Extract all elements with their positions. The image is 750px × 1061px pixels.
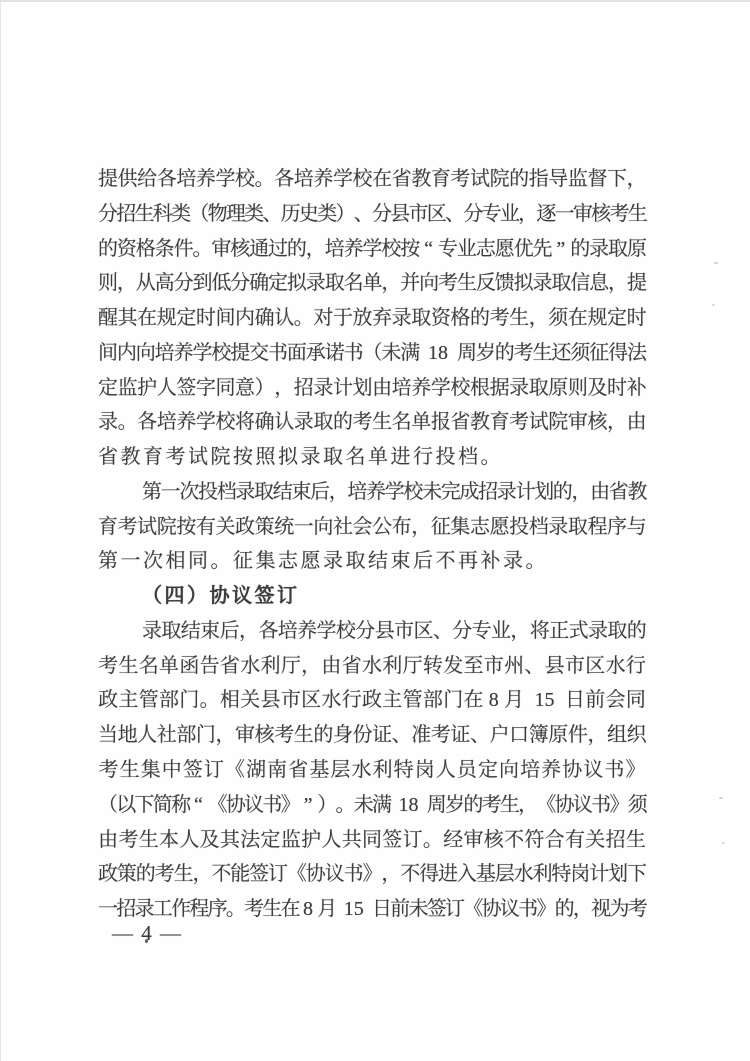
- text-line: 提供给各培养学校。各培养学校在省教育考试院的指导监督下，: [98, 162, 646, 197]
- text-line: 则，从高分到低分确定拟录取名单，并向考生反馈拟录取信息，提: [98, 266, 646, 301]
- text-line: 录。各培养学校将确认录取的考生名单报省教育考试院审核，由: [98, 405, 646, 440]
- text-line: 间内向培养学校提交书面承诺书（未满18周岁的考生还须征得法: [98, 336, 646, 371]
- text-line: 政策的考生，不能签订《协议书》，不得进入基层水利特岗计划下: [98, 857, 646, 892]
- section-heading: （四）协议签订: [98, 579, 646, 614]
- text-line: 考生名单函告省水利厅，由省水利厅转发至市州、县市区水行: [98, 649, 646, 684]
- text-line: （以下简称“《协议书》”）。未满18周岁的考生，《协议书》须: [98, 788, 646, 823]
- text-line: 由考生本人及其法定监护人共同签订。经审核不符合有关招生: [98, 823, 646, 858]
- text-line: 第一次相同。征集志愿录取结束后不再补录。: [98, 544, 646, 579]
- text-line: 分招生科类（物理类、历史类）、分县市区、分专业，逐一审核考生: [98, 197, 646, 232]
- text-line: 定监护人签字同意），招录计划由培养学校根据录取原则及时补: [98, 371, 646, 406]
- scan-edge-left: [0, 0, 1, 1061]
- text-line: 政主管部门。相关县市区水行政主管部门在8月15日前会同: [98, 683, 646, 718]
- text-line: 育考试院按有关政策统一向社会公布，征集志愿投档录取程序与: [98, 510, 646, 545]
- text-line: 当地人社部门，审核考生的身份证、准考证、户口簿原件，组织: [98, 718, 646, 753]
- scan-speck: [722, 842, 725, 844]
- document-page: 提供给各培养学校。各培养学校在省教育考试院的指导监督下，分招生科类（物理类、历史…: [0, 0, 750, 1061]
- text-line: 第一次投档录取结束后，培养学校未完成招录计划的，由省教: [98, 475, 646, 510]
- text-line: 省教育考试院按照拟录取名单进行投档。: [98, 440, 646, 475]
- text-line: 醒其在规定时间内确认。对于放弃录取资格的考生，须在规定时: [98, 301, 646, 336]
- scan-speck: [714, 262, 718, 264]
- scan-speck: [719, 797, 723, 799]
- text-line: 录取结束后，各培养学校分县市区、分专业，将正式录取的: [98, 614, 646, 649]
- scan-speck: [145, 939, 148, 943]
- scan-speck: [712, 304, 715, 306]
- text-line: 的资格条件。审核通过的，培养学校按“专业志愿优先”的录取原: [98, 232, 646, 267]
- text-line: 考生集中签订《湖南省基层水利特岗人员定向培养协议书》: [98, 753, 646, 788]
- scan-edge-top: [0, 0, 750, 2]
- body-text: 提供给各培养学校。各培养学校在省教育考试院的指导监督下，分招生科类（物理类、历史…: [98, 162, 646, 927]
